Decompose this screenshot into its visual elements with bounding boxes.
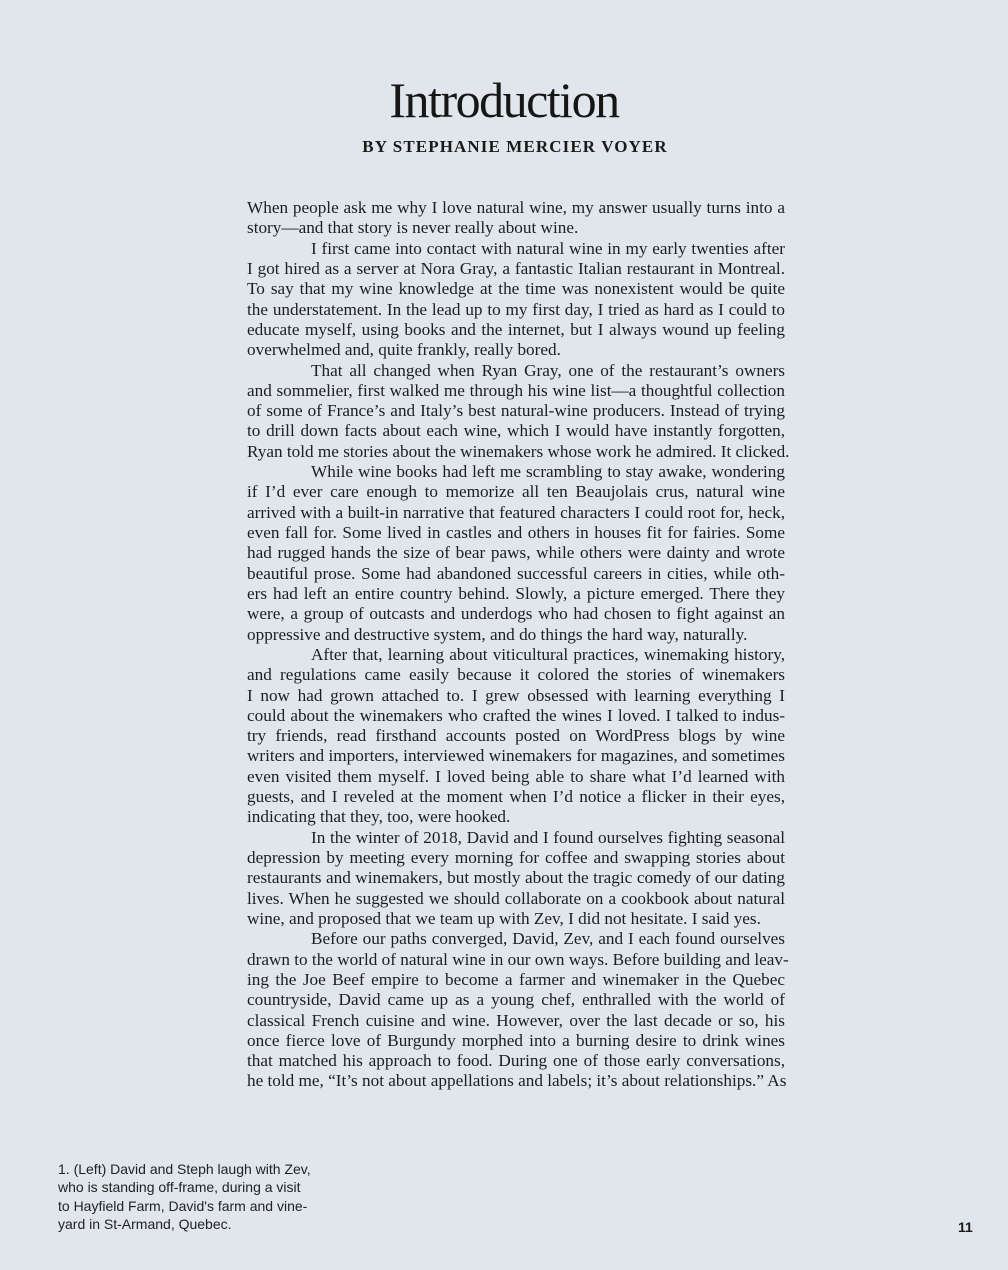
author-byline: BY STEPHANIE MERCIER VOYER — [0, 136, 1008, 158]
paragraph: That all changed when Ryan Gray, one of … — [247, 361, 785, 463]
text-line: oppressive and destructive system, and d… — [247, 625, 785, 645]
text-line: I now had grown attached to. I grew obse… — [247, 686, 785, 706]
page-number: 11 — [958, 1219, 973, 1235]
paragraph: Before our paths converged, David, Zev, … — [247, 929, 785, 1092]
text-line: lives. When he suggested we should colla… — [247, 889, 785, 909]
text-line: the understatement. In the lead up to my… — [247, 300, 785, 320]
caption-line: 1. (Left) David and Steph laugh with Zev… — [58, 1160, 348, 1178]
caption-line: who is standing off-frame, during a visi… — [58, 1178, 348, 1196]
paragraph: When people ask me why I love natural wi… — [247, 198, 785, 239]
text-line: I first came into contact with natural w… — [247, 239, 785, 259]
text-line: even fall for. Some lived in castles and… — [247, 523, 785, 543]
text-line: and regulations came easily because it c… — [247, 665, 785, 685]
paragraph: In the winter of 2018, David and I found… — [247, 828, 785, 930]
text-line: wine, and proposed that we team up with … — [247, 909, 785, 929]
text-line: writers and importers, interviewed winem… — [247, 746, 785, 766]
paragraph: After that, learning about viticultural … — [247, 645, 785, 828]
text-line: had rugged hands the size of bear paws, … — [247, 543, 785, 563]
text-line: While wine books had left me scrambling … — [247, 462, 785, 482]
text-line: of some of France’s and Italy’s best nat… — [247, 401, 785, 421]
text-line: try friends, read firsthand accounts pos… — [247, 726, 785, 746]
text-line: overwhelmed and, quite frankly, really b… — [247, 340, 785, 360]
text-line: Ryan told me stories about the winemaker… — [247, 442, 785, 462]
text-line: countryside, David came up as a young ch… — [247, 990, 785, 1010]
text-line: To say that my wine knowledge at the tim… — [247, 279, 785, 299]
text-line: restaurants and winemakers, but mostly a… — [247, 868, 785, 888]
text-line: beautiful prose. Some had abandoned succ… — [247, 564, 785, 584]
photo-caption: 1. (Left) David and Steph laugh with Zev… — [58, 1160, 348, 1234]
text-line: arrived with a built-in narrative that f… — [247, 503, 785, 523]
page-title: Introduction — [0, 70, 1008, 130]
text-line: to drill down facts about each wine, whi… — [247, 421, 785, 441]
body-text: When people ask me why I love natural wi… — [247, 198, 785, 1092]
text-line: classical French cuisine and wine. Howev… — [247, 1011, 785, 1031]
text-line: that matched his approach to food. Durin… — [247, 1051, 785, 1071]
text-line: and sommelier, first walked me through h… — [247, 381, 785, 401]
text-line: guests, and I reveled at the moment when… — [247, 787, 785, 807]
text-line: drawn to the world of natural wine in ou… — [247, 950, 785, 970]
text-line: That all changed when Ryan Gray, one of … — [247, 361, 785, 381]
caption-line: yard in St-Armand, Quebec. — [58, 1215, 348, 1233]
caption-line: to Hayfield Farm, David's farm and vine- — [58, 1197, 348, 1215]
text-line: ing the Joe Beef empire to become a farm… — [247, 970, 785, 990]
text-line: could about the winemakers who crafted t… — [247, 706, 785, 726]
text-line: were, a group of outcasts and underdogs … — [247, 604, 785, 624]
paragraph: I first came into contact with natural w… — [247, 239, 785, 361]
text-line: Before our paths converged, David, Zev, … — [247, 929, 785, 949]
text-line: I got hired as a server at Nora Gray, a … — [247, 259, 785, 279]
text-line: story—and that story is never really abo… — [247, 218, 785, 238]
text-line: even visited them myself. I loved being … — [247, 767, 785, 787]
text-line: educate myself, using books and the inte… — [247, 320, 785, 340]
text-line: ers had left an entire country behind. S… — [247, 584, 785, 604]
text-line: he told me, “It’s not about appellations… — [247, 1071, 785, 1091]
text-line: if I’d ever care enough to memorize all … — [247, 482, 785, 502]
text-line: indicating that they, too, were hooked. — [247, 807, 785, 827]
paragraph: While wine books had left me scrambling … — [247, 462, 785, 645]
text-line: depression by meeting every morning for … — [247, 848, 785, 868]
text-line: once fierce love of Burgundy morphed int… — [247, 1031, 785, 1051]
text-line: In the winter of 2018, David and I found… — [247, 828, 785, 848]
text-line: When people ask me why I love natural wi… — [247, 198, 785, 218]
text-line: After that, learning about viticultural … — [247, 645, 785, 665]
